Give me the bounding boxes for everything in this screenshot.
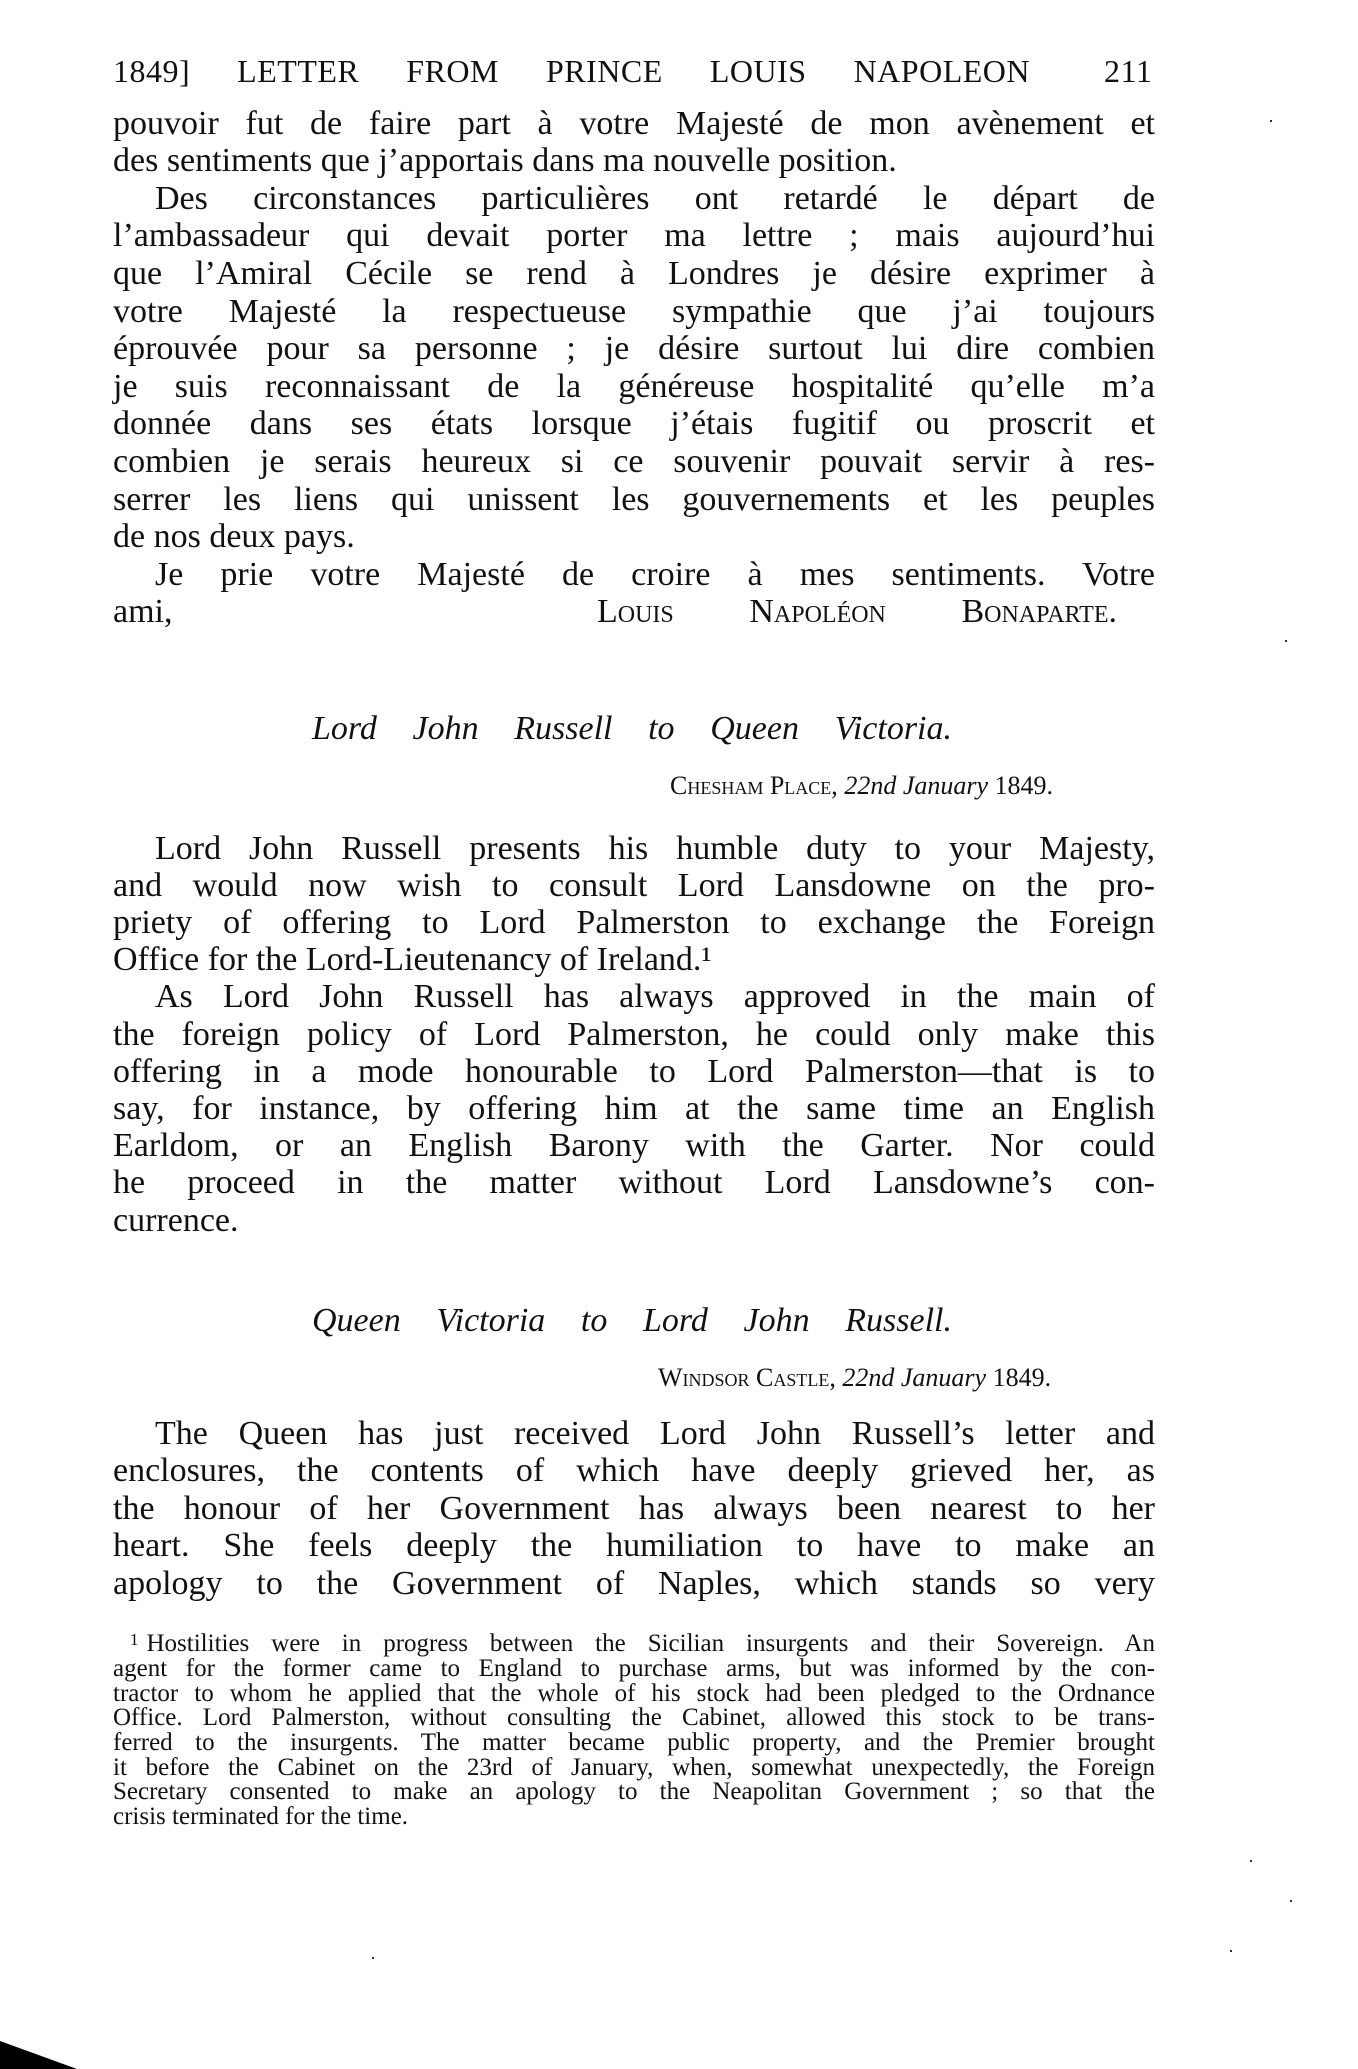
text-line: the honour of her Government has always … [113, 1490, 1155, 1528]
scan-speck [1270, 120, 1272, 122]
text-line: des sentiments que j’apportais dans ma n… [113, 142, 897, 180]
footnote-line: tractor to whom he applied that the whol… [113, 1681, 1155, 1706]
dateline: Chesham Place, 22nd January 1849. [670, 771, 1053, 801]
scan-speck [1290, 1900, 1292, 1902]
dateline-place: Windsor Castle, [658, 1363, 842, 1392]
text-line: priety of offering to Lord Palmerston to… [113, 904, 1155, 942]
text-line: Earldom, or an English Barony with the G… [113, 1127, 1155, 1165]
dateline: Windsor Castle, 22nd January 1849. [658, 1363, 1051, 1393]
text-line: serrer les liens qui unissent les gouver… [113, 481, 1155, 519]
footnote-line: it before the Cabinet on the 23rd of Jan… [113, 1755, 1155, 1780]
text-line: heart. She feels deeply the humiliation … [113, 1527, 1155, 1565]
text-line: offering in a mode honourable to Lord Pa… [113, 1053, 1155, 1091]
scan-speck [1285, 640, 1287, 642]
text-line: apology to the Government of Naples, whi… [113, 1565, 1155, 1603]
dateline-date: 22nd January [842, 1363, 986, 1392]
footnote-line: ferred to the insurgents. The matter bec… [113, 1730, 1155, 1755]
dateline-year: 1849. [986, 1363, 1051, 1392]
scan-corner-artifact [0, 2041, 77, 2069]
running-head-title: 1849] LETTER FROM PRINCE LOUIS NAPOLEON [113, 52, 1030, 90]
footnote-marker: 1 [130, 1630, 139, 1649]
text-line: Des circonstances particulières ont reta… [155, 180, 1155, 218]
text-line: say, for instance, by offering him at th… [113, 1090, 1155, 1128]
text-line: and would now wish to consult Lord Lansd… [113, 867, 1155, 905]
text-line: currence. [113, 1202, 239, 1240]
text-line: he proceed in the matter without Lord La… [113, 1164, 1155, 1202]
text-line: éprouvée pour sa personne ; je désire su… [113, 330, 1155, 368]
dateline-year: 1849. [988, 771, 1053, 800]
text-line: Je prie votre Majesté de croire à mes se… [155, 556, 1155, 594]
footnote-text: Hostilities were in progress between the… [147, 1630, 1156, 1657]
text-line: Office for the Lord-Lieutenancy of Irela… [113, 941, 712, 979]
text-line: the foreign policy of Lord Palmerston, h… [113, 1016, 1155, 1054]
signature: Louis Napoléon Bonaparte. [597, 593, 1117, 631]
footnote-line: agent for the former came to England to … [113, 1656, 1155, 1681]
text-line: enclosures, the contents of which have d… [113, 1452, 1155, 1490]
footnote-line: Secretary consented to make an apology t… [113, 1779, 1155, 1804]
text-line: pouvoir fut de faire part à votre Majest… [113, 105, 1155, 143]
letter-heading: Queen Victoria to Lord John Russell. [312, 1302, 952, 1340]
text-line: que l’Amiral Cécile se rend à Londres je… [113, 255, 1155, 293]
footnote-line: Office. Lord Palmerston, without consult… [113, 1705, 1155, 1730]
text-line: combien je serais heureux si ce souvenir… [113, 443, 1155, 481]
scan-speck [1250, 1860, 1252, 1862]
footnote-line: 1Hostilities were in progress between th… [130, 1631, 1155, 1656]
text-line: je suis reconnaissant de la généreuse ho… [113, 368, 1155, 406]
text-line: The Queen has just received Lord John Ru… [155, 1415, 1155, 1453]
text-line: ami, [113, 593, 172, 631]
scan-speck [1230, 1950, 1232, 1952]
text-line: donnée dans ses états lorsque j’étais fu… [113, 405, 1155, 443]
footnote-line: crisis terminated for the time. [113, 1804, 408, 1829]
dateline-date: 22nd January [844, 771, 988, 800]
dateline-place: Chesham Place, [670, 771, 844, 800]
page-number: 211 [1104, 52, 1152, 90]
text-line: Lord John Russell presents his humble du… [155, 830, 1155, 868]
text-line: As Lord John Russell has always approved… [155, 978, 1155, 1016]
letter-heading: Lord John Russell to Queen Victoria. [312, 710, 952, 748]
text-line: de nos deux pays. [113, 518, 355, 556]
scan-speck [372, 1957, 374, 1959]
text-line: votre Majesté la respectueuse sympathie … [113, 293, 1155, 331]
text-line: l’ambassadeur qui devait porter ma lettr… [113, 217, 1155, 255]
